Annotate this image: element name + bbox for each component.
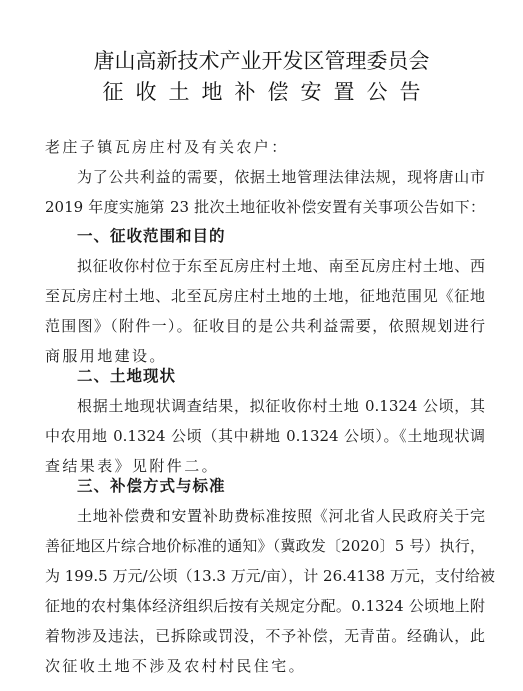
document-title-line1: 唐山高新技术产业开发区管理委员会	[0, 45, 523, 75]
section-1-line-3: 范围图》（附件一）。征收目的是公共利益需要，依照规划进行	[45, 315, 485, 336]
section-3-line-1: 土地补偿费和安置补助费标准按照《河北省人民政府关于完	[77, 505, 485, 526]
section-heading-1: 一、征收范围和目的	[77, 224, 517, 246]
intro-line-1: 为了公共利益的需要，依据土地管理法律法规，现将唐山市	[77, 166, 485, 187]
section-1-line-4: 商服用地建设。	[45, 345, 485, 366]
document-title-line2: 征收土地补偿安置公告	[0, 76, 523, 106]
section-3-line-2: 善征地区片综合地价标准的通知》（冀政发〔2020〕5 号）执行，	[45, 535, 485, 556]
salutation: 老庄子镇瓦房庄村及有关农户：	[45, 136, 485, 157]
section-3-line-6: 次征收土地不涉及农村村民住宅。	[45, 655, 485, 676]
section-heading-3: 三、补偿方式与标准	[77, 474, 517, 496]
section-1-line-2: 至瓦房庄村土地、北至瓦房庄村土地的土地，征地范围见《征地	[45, 285, 485, 306]
section-2-line-1: 根据土地现状调查结果，拟征收你村土地 0.1324 公顷，其	[77, 395, 485, 416]
section-heading-2: 二、土地现状	[77, 364, 517, 386]
section-3-line-5: 着物涉及违法，已拆除或罚没，不予补偿，无青苗。经确认，此	[45, 625, 485, 646]
section-2-line-2: 中农用地 0.1324 公顷（其中耕地 0.1324 公顷）。《土地现状调	[45, 425, 485, 446]
section-1-line-1: 拟征收你村位于东至瓦房庄村土地、南至瓦房庄村土地、西	[77, 255, 485, 276]
section-3-line-3: 为 199.5 万元/公顷（13.3 万元/亩），计 26.4138 万元，支付…	[45, 565, 485, 586]
intro-line-2: 2019 年度实施第 23 批次土地征收补偿安置有关事项公告如下：	[45, 196, 485, 217]
section-2-line-3: 查结果表》见附件二。	[45, 455, 485, 476]
section-3-line-4: 征地的农村集体经济组织后按有关规定分配。0.1324 公顷地上附	[45, 595, 485, 616]
